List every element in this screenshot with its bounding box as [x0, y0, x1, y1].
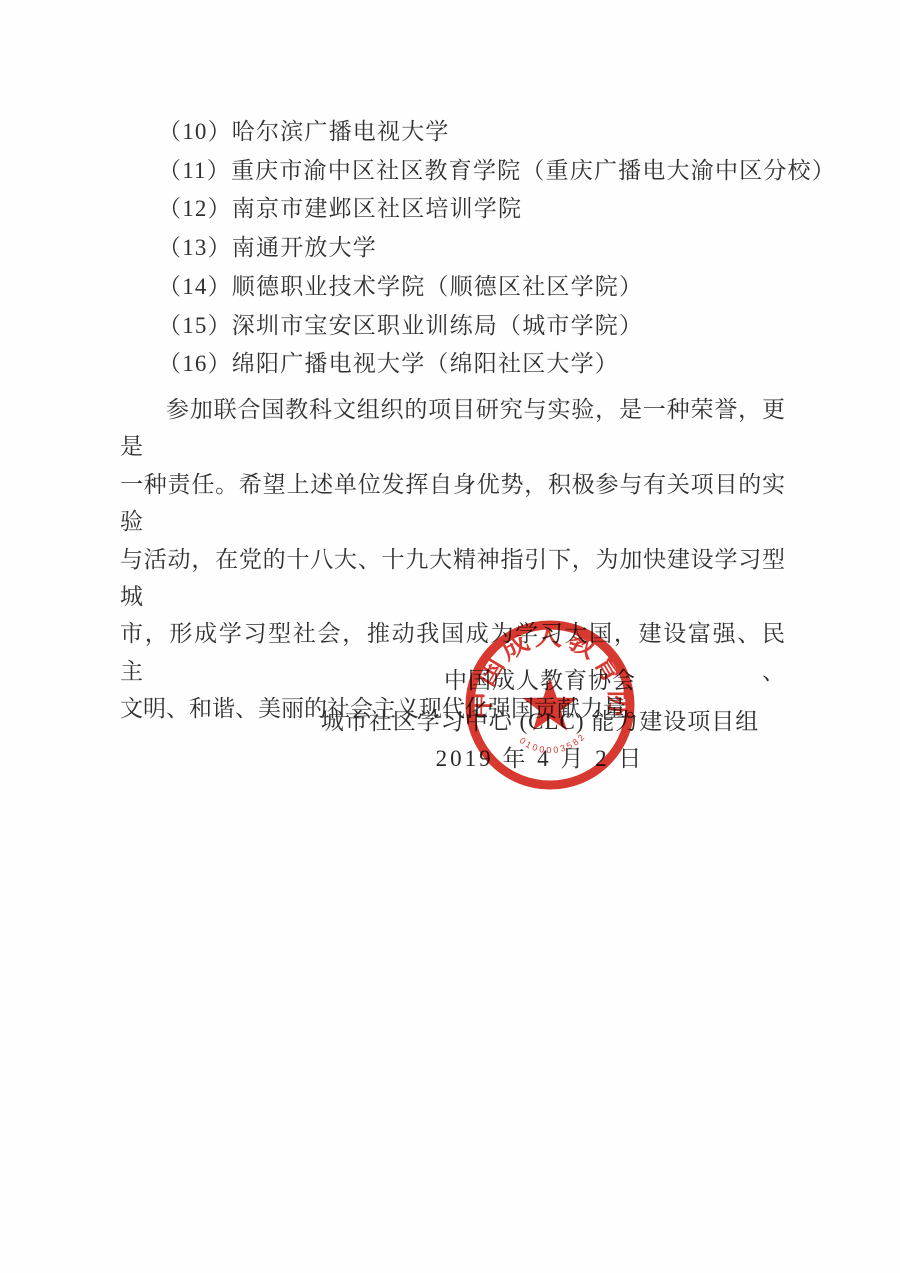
- list-item: （13）南通开放大学: [158, 229, 798, 268]
- document-page: （10）哈尔滨广播电视大学（11）重庆市渝中区社区教育学院（重庆广播电大渝中区分…: [0, 0, 900, 1273]
- list-item: （10）哈尔滨广播电视大学: [158, 113, 798, 152]
- signature-block: 中国成人教育协会 城市社区学习中心 (CLC) 能力建设项目组 2019 年 4…: [275, 664, 805, 774]
- list-item: （12）南京市建邺区社区培训学院: [158, 190, 798, 229]
- paragraph-line: 参加联合国教科文组织的项目研究与实验，是一种荣誉，更是: [120, 391, 785, 466]
- list-item: （14）顺德职业技术学院（顺德区社区学院）: [158, 268, 798, 307]
- signature-date: 2019 年 4 月 2 日: [275, 744, 805, 774]
- list-item: （11）重庆市渝中区社区教育学院（重庆广播电大渝中区分校）: [158, 152, 798, 191]
- institution-list: （10）哈尔滨广播电视大学（11）重庆市渝中区社区教育学院（重庆广播电大渝中区分…: [158, 113, 798, 384]
- paragraph-line: 与活动，在党的十八大、十九大精神指引下，为加快建设学习型城: [120, 541, 785, 616]
- signature-project-group: 城市社区学习中心 (CLC) 能力建设项目组: [275, 705, 805, 738]
- paragraph-line: 一种责任。希望上述单位发挥自身优势，积极参与有关项目的实验: [120, 466, 785, 541]
- list-item: （16）绵阳广播电视大学（绵阳社区大学）: [158, 345, 798, 384]
- signature-organization: 中国成人教育协会: [275, 664, 805, 697]
- list-item: （15）深圳市宝安区职业训练局（城市学院）: [158, 307, 798, 346]
